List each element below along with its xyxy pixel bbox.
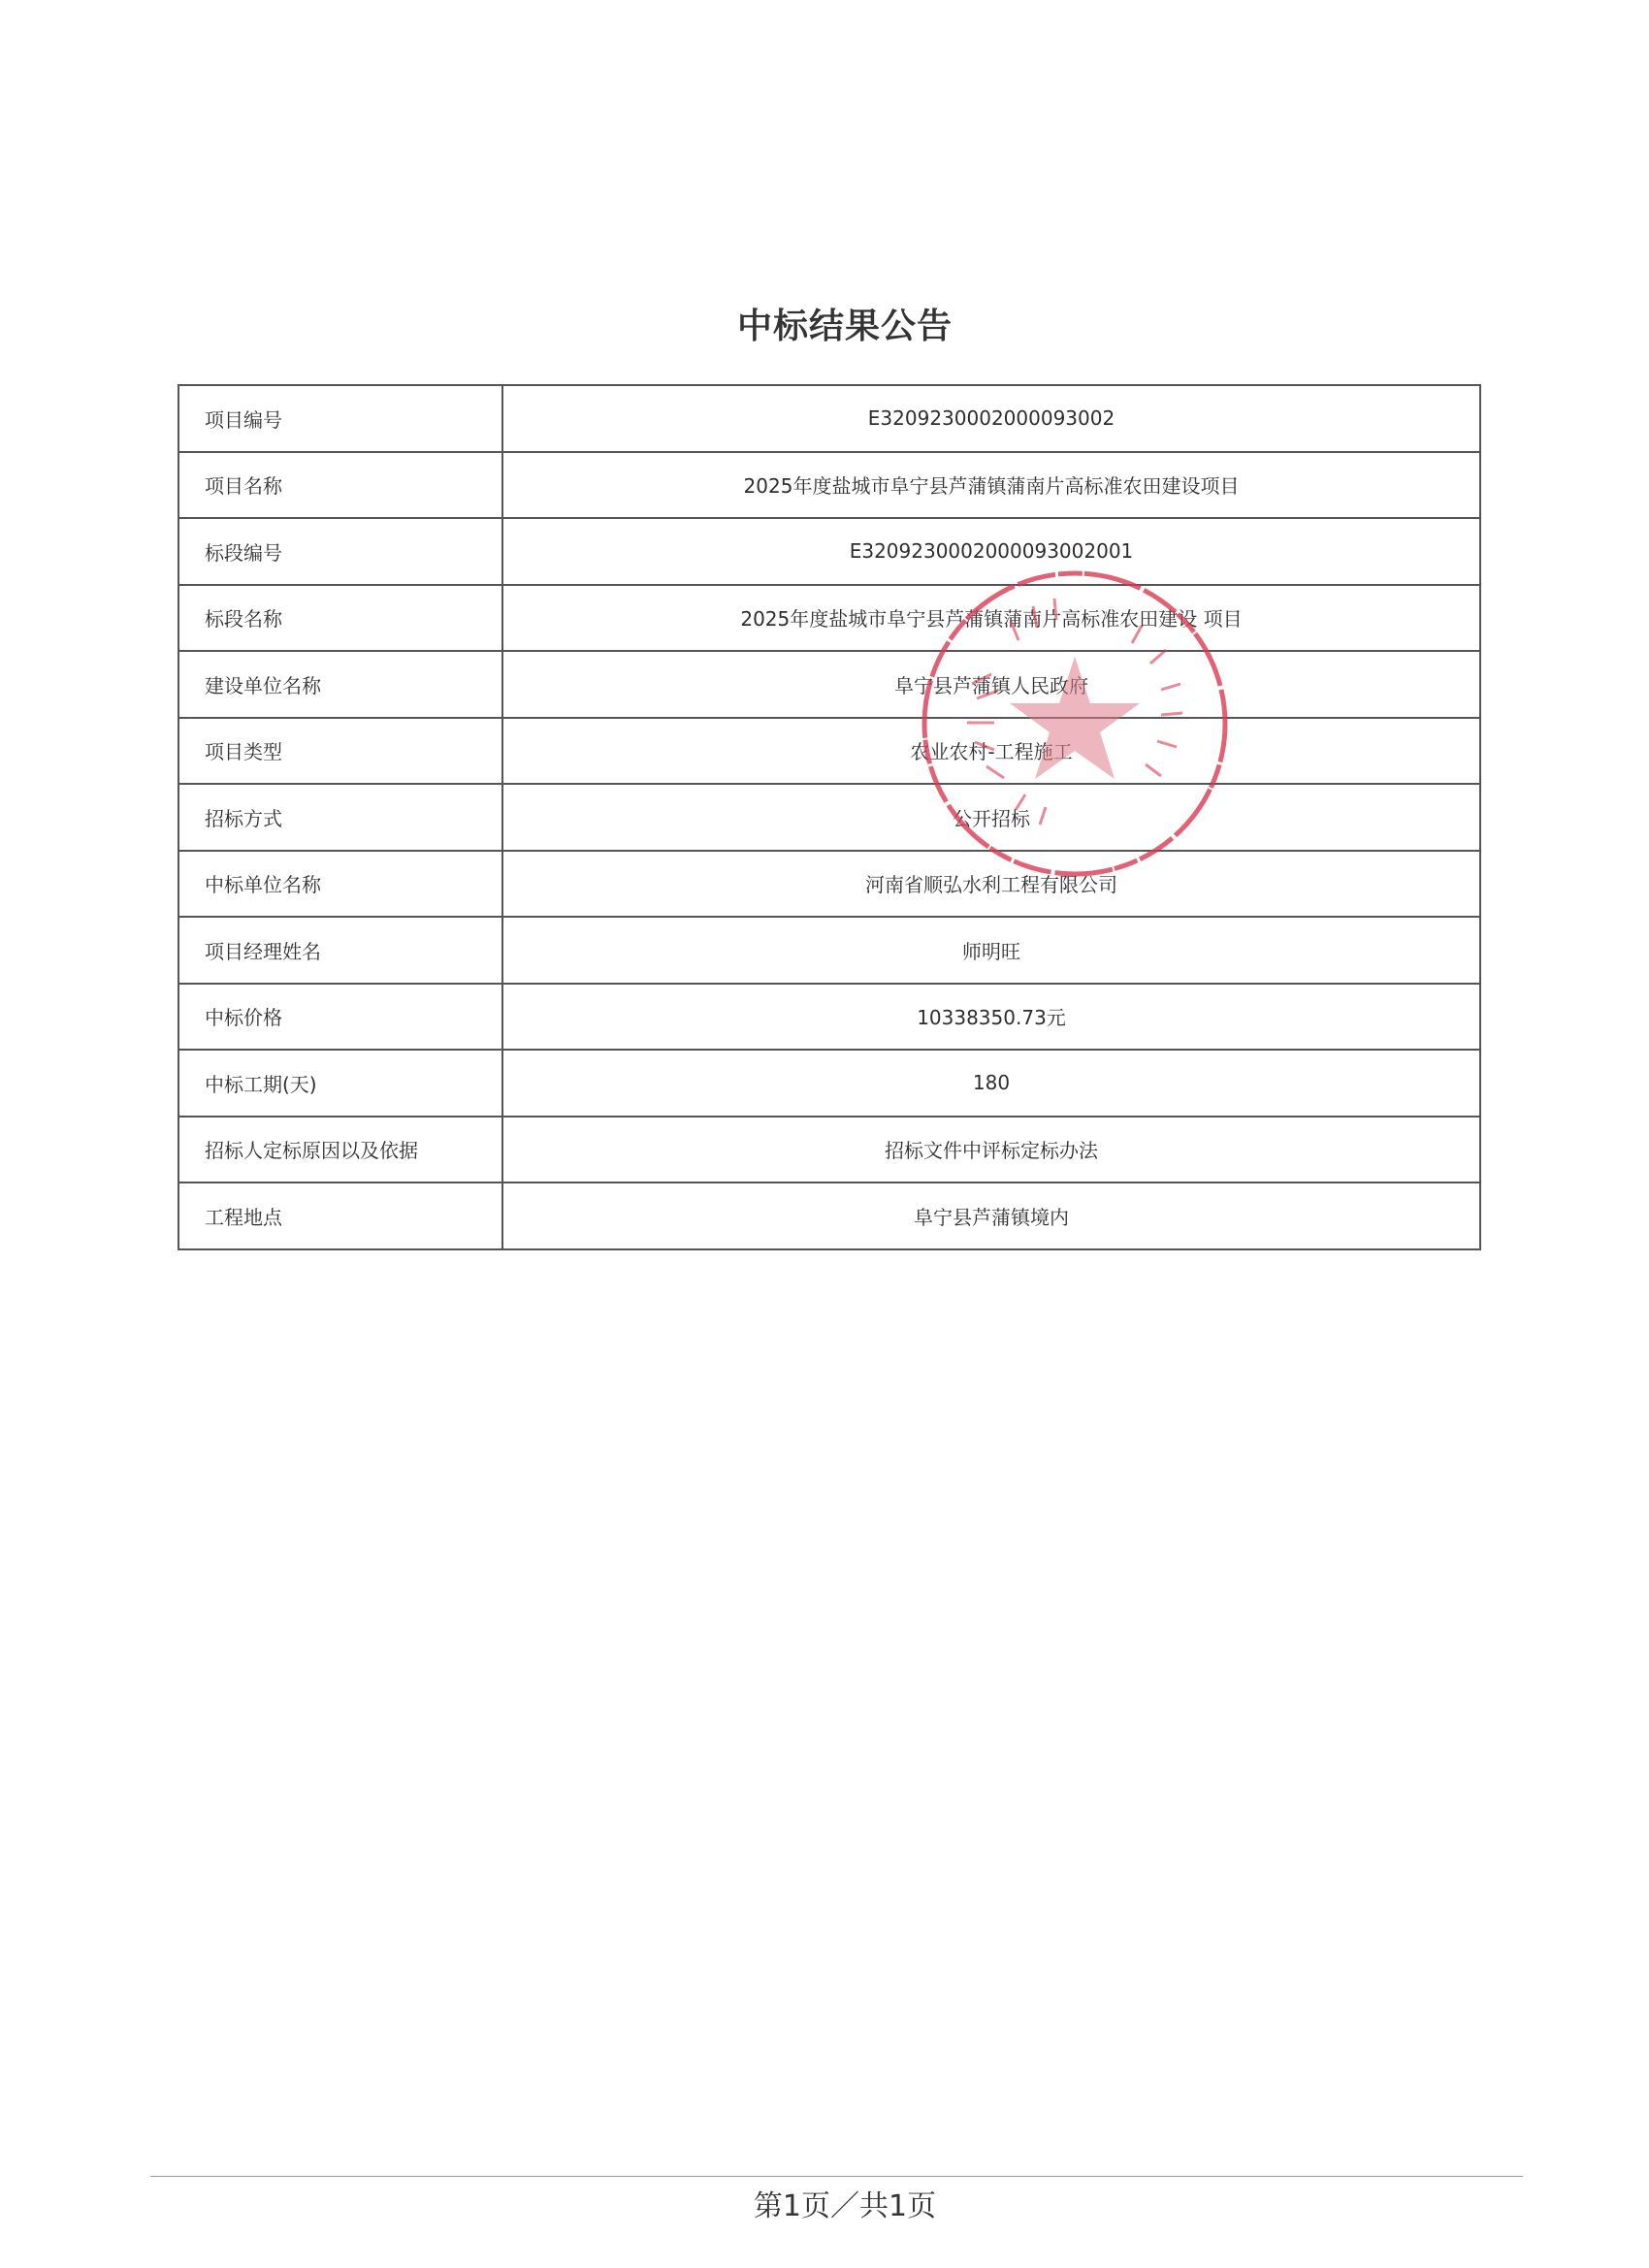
row-value: 阜宁县芦蒲镇人民政府 <box>502 651 1480 718</box>
page-number: 第1页／共1页 <box>0 2182 1649 2224</box>
row-label: 中标价格 <box>178 984 502 1051</box>
row-label: 标段名称 <box>178 585 502 652</box>
row-label: 项目编号 <box>178 385 502 452</box>
row-value: 师明旺 <box>502 917 1480 984</box>
row-label: 建设单位名称 <box>178 651 502 718</box>
footer-divider <box>150 2176 1523 2177</box>
row-value: 河南省顺弘水利工程有限公司 <box>502 851 1480 918</box>
table-row: 项目编号E3209230002000093002 <box>178 385 1480 452</box>
table-row: 中标单位名称河南省顺弘水利工程有限公司 <box>178 851 1480 918</box>
document-title: 中标结果公告 <box>0 299 1649 348</box>
table-row: 项目名称2025年度盐城市阜宁县芦蒲镇蒲南片高标准农田建设项目 <box>178 452 1480 519</box>
table-row: 中标价格10338350.73元 <box>178 984 1480 1051</box>
table-row: 招标人定标原因以及依据招标文件中评标定标办法 <box>178 1117 1480 1183</box>
row-value: 2025年度盐城市阜宁县芦蒲镇蒲南片高标准农田建设 项目 <box>502 585 1480 652</box>
row-label: 工程地点 <box>178 1183 502 1249</box>
result-table: 项目编号E3209230002000093002 项目名称2025年度盐城市阜宁… <box>178 384 1481 1250</box>
row-label: 中标单位名称 <box>178 851 502 918</box>
row-label: 招标人定标原因以及依据 <box>178 1117 502 1183</box>
row-value: 阜宁县芦蒲镇境内 <box>502 1183 1480 1249</box>
row-label: 中标工期(天) <box>178 1050 502 1117</box>
table-row: 标段名称2025年度盐城市阜宁县芦蒲镇蒲南片高标准农田建设 项目 <box>178 585 1480 652</box>
table-row: 招标方式公开招标 <box>178 784 1480 851</box>
row-value: 公开招标 <box>502 784 1480 851</box>
row-label: 标段编号 <box>178 518 502 585</box>
table-row: 项目经理姓名师明旺 <box>178 917 1480 984</box>
table-row: 建设单位名称阜宁县芦蒲镇人民政府 <box>178 651 1480 718</box>
row-value: 180 <box>502 1050 1480 1117</box>
row-label: 项目经理姓名 <box>178 917 502 984</box>
row-value: E3209230002000093002001 <box>502 518 1480 585</box>
row-value: 10338350.73元 <box>502 984 1480 1051</box>
table-row: 中标工期(天)180 <box>178 1050 1480 1117</box>
table-row: 标段编号E3209230002000093002001 <box>178 518 1480 585</box>
row-label: 项目名称 <box>178 452 502 519</box>
table-row: 工程地点阜宁县芦蒲镇境内 <box>178 1183 1480 1249</box>
row-value: E3209230002000093002 <box>502 385 1480 452</box>
row-value: 2025年度盐城市阜宁县芦蒲镇蒲南片高标准农田建设项目 <box>502 452 1480 519</box>
row-value: 招标文件中评标定标办法 <box>502 1117 1480 1183</box>
row-value: 农业农村-工程施工 <box>502 718 1480 785</box>
row-label: 招标方式 <box>178 784 502 851</box>
row-label: 项目类型 <box>178 718 502 785</box>
table-row: 项目类型农业农村-工程施工 <box>178 718 1480 785</box>
